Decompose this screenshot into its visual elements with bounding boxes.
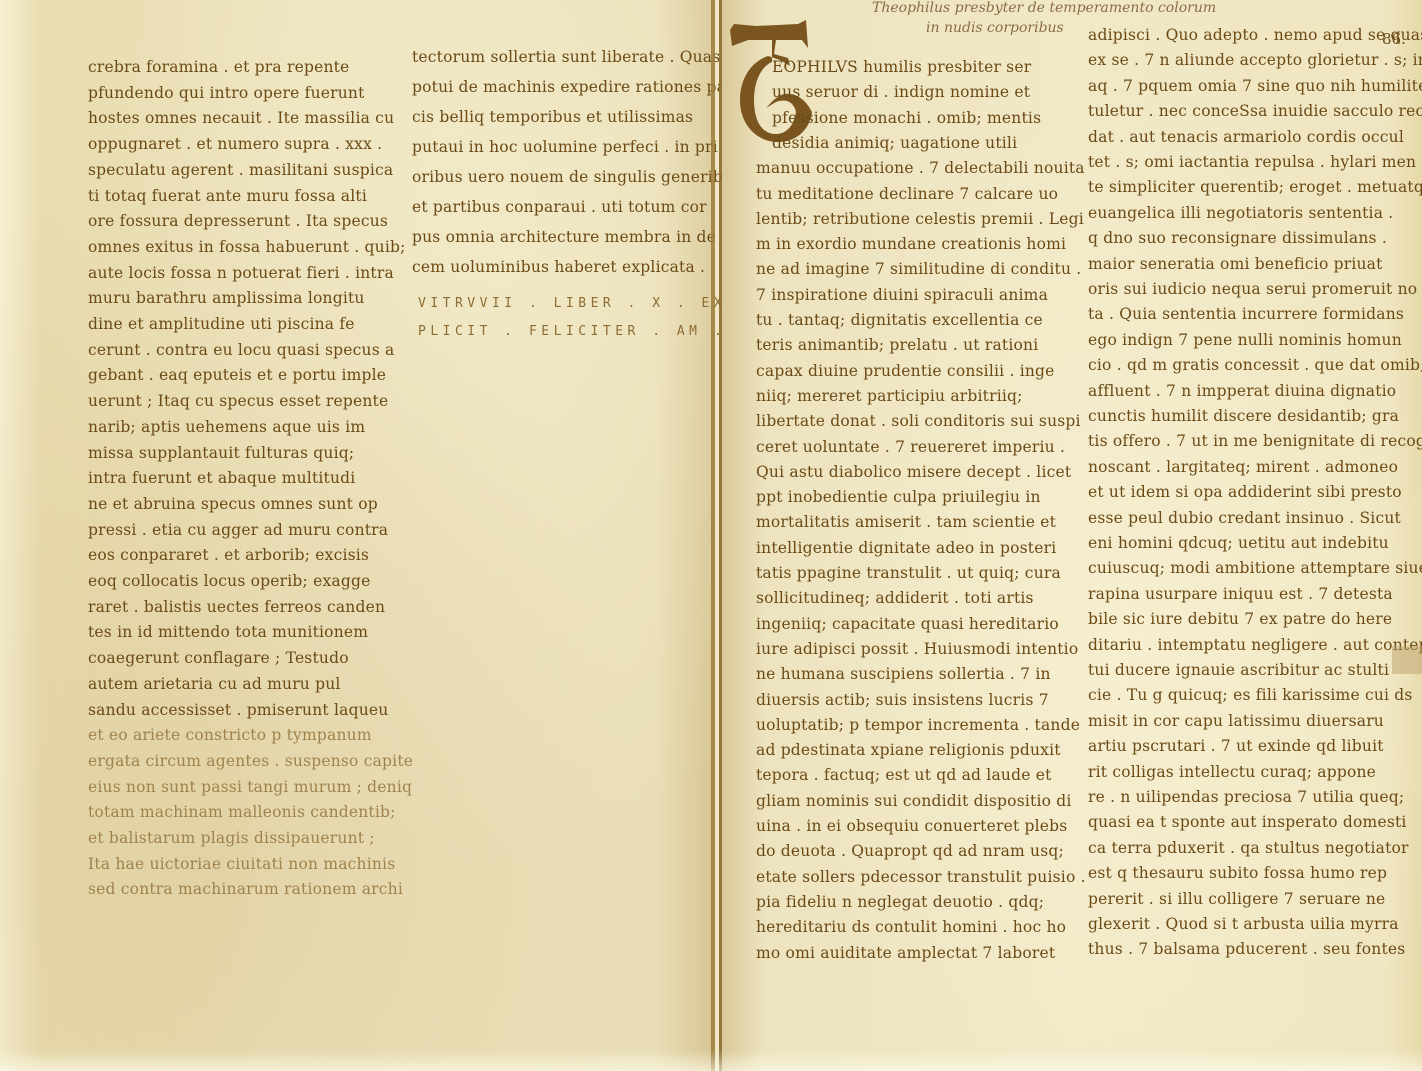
manuscript-spread: crebra foramina . et pra repentepfundend…: [0, 0, 1422, 1071]
manuscript-line: misit in cor capu latissimu diuersaru: [1088, 712, 1384, 730]
manuscript-line: thus . 7 balsama pducerent . seu fontes: [1088, 940, 1405, 958]
manuscript-line: et balistarum plagis dissipauerunt ;: [88, 829, 375, 847]
manuscript-line: cio . qd m gratis concessit . que dat om…: [1088, 356, 1422, 374]
left-page-column-2: tectorum sollertia sunt liberate . Quasp…: [412, 48, 682, 268]
manuscript-line: cerunt . contra eu locu quasi specus a: [88, 341, 394, 359]
manuscript-line: maior seneratia omi beneficio priuat: [1088, 255, 1383, 273]
right-page-column-1: EOPHILVS humilis presbiter seruus seruor…: [756, 58, 1056, 958]
manuscript-line: pressi . etia cu agger ad muru contra: [88, 521, 388, 539]
marginal-note-line-1: Theophilus presbyter de temperamento col…: [872, 0, 1216, 16]
manuscript-line: dine et amplitudine uti piscina fe: [88, 315, 355, 333]
manuscript-line: et partibus conparaui . uti totum cor: [412, 198, 707, 216]
manuscript-line: tuletur . nec conceSsa inuidie sacculo r…: [1088, 102, 1422, 120]
manuscript-line: speculatu agerent . masilitani suspica: [88, 161, 393, 179]
manuscript-line: tepora . factuq; est ut qd ad laude et: [756, 766, 1052, 784]
manuscript-line: Qui astu diabolico misere decept . licet: [756, 463, 1071, 481]
manuscript-line: cunctis humilit discere desidantib; gra: [1088, 407, 1399, 425]
manuscript-line: eius non sunt passi tangi murum ; deniq: [88, 778, 412, 796]
manuscript-line: est q thesauru subito fossa humo rep: [1088, 864, 1387, 882]
right-page-column-2: adipisci . Quo adepto . nemo apud se qua…: [1088, 26, 1388, 956]
manuscript-line: ne humana suscipiens sollertia . 7 in: [756, 665, 1051, 683]
manuscript-line: adipisci . Quo adepto . nemo apud se qua…: [1088, 26, 1422, 44]
manuscript-line: quasi ea t sponte aut insperato domesti: [1088, 813, 1407, 831]
marginal-note-line-2: in nudis corporibus: [926, 20, 1064, 36]
manuscript-line: iure adipisci possit . Huiusmodi intenti…: [756, 640, 1078, 658]
manuscript-line: pfessione monachi . omib; mentis: [772, 109, 1041, 127]
manuscript-line: eos conpararet . et arborib; excisis: [88, 546, 369, 564]
manuscript-line: esse peul dubio credant insinuo . Sicut: [1088, 509, 1401, 527]
manuscript-line: bile sic iure debitu 7 ex patre do here: [1088, 610, 1392, 628]
manuscript-line: totam machinam malleonis candentib;: [88, 803, 396, 821]
manuscript-line: cis belliq temporibus et utilissimas: [412, 108, 693, 126]
manuscript-line: aute locis fossa n potuerat fieri . intr…: [88, 264, 394, 282]
manuscript-line: Ita hae uictoriae ciuitati non machinis: [88, 855, 395, 873]
manuscript-line: re . n uilipendas preciosa 7 utilia queq…: [1088, 788, 1404, 806]
manuscript-line: uerunt ; Itaq cu specus esset repente: [88, 392, 388, 410]
manuscript-line: et ut idem si opa addiderint sibi presto: [1088, 483, 1402, 501]
manuscript-line: uina . in ei obsequiu conuerteret plebs: [756, 817, 1067, 835]
manuscript-line: tu meditatione declinare 7 calcare uo: [756, 185, 1058, 203]
manuscript-line: intelligentie dignitate adeo in posteri: [756, 539, 1056, 557]
manuscript-line: q dno suo reconsignare dissimulans .: [1088, 229, 1387, 247]
manuscript-line: uus seruor di . indign nomine et: [772, 83, 1030, 101]
manuscript-line: cuiuscuq; modi ambitione attemptare siue: [1088, 559, 1422, 577]
manuscript-line: tis offero . 7 ut in me benignitate di r…: [1088, 432, 1422, 450]
manuscript-line: putaui in hoc uolumine perfeci . in pri: [412, 138, 718, 156]
left-page-column-1: crebra foramina . et pra repentepfundend…: [88, 58, 378, 918]
colophon-line-2: PLICIT . FELICITER . AM .: [418, 324, 726, 339]
manuscript-line: crebra foramina . et pra repente: [88, 58, 349, 76]
manuscript-line: ingeniiq; capacitate quasi hereditario: [756, 615, 1059, 633]
manuscript-line: pia fideliu n neglegat deuotio . qdq;: [756, 893, 1044, 911]
left-page: crebra foramina . et pra repentepfundend…: [0, 0, 712, 1071]
manuscript-line: artiu pscrutari . 7 ut exinde qd libuit: [1088, 737, 1384, 755]
manuscript-line: rit colligas intellectu curaq; appone: [1088, 763, 1376, 781]
manuscript-line: tes in id mittendo tota munitionem: [88, 623, 368, 641]
manuscript-line: ne et abruina specus omnes sunt op: [88, 495, 378, 513]
manuscript-line: ditariu . intemptatu negligere . aut con…: [1088, 636, 1422, 654]
manuscript-line: 7 inspiratione diuini spiraculi anima: [756, 286, 1048, 304]
manuscript-line: raret . balistis uectes ferreos canden: [88, 598, 385, 616]
manuscript-line: coaegerunt conflagare ; Testudo: [88, 649, 349, 667]
manuscript-line: ego indign 7 pene nulli nominis homun: [1088, 331, 1402, 349]
colophon-line-1: VITRVVII . LIBER . X . EX: [418, 296, 726, 311]
manuscript-line: ne ad imagine 7 similitudine di conditu …: [756, 260, 1081, 278]
manuscript-line: manuu occupatione . 7 delectabili nouita: [756, 159, 1085, 177]
manuscript-line: tui ducere ignauie ascribitur ac stulti: [1088, 661, 1389, 679]
manuscript-line: cie . Tu g quicuq; es fili karissime cui…: [1088, 686, 1413, 704]
manuscript-line: ca terra pduxerit . qa stultus negotiato…: [1088, 839, 1409, 857]
manuscript-line: eni homini qdcuq; uetitu aut indebitu: [1088, 534, 1389, 552]
manuscript-line: oribus uero nouem de singulis generib;: [412, 168, 728, 186]
manuscript-line: desidia animiq; uagatione utili: [772, 134, 1017, 152]
manuscript-line: autem arietaria cu ad muru pul: [88, 675, 341, 693]
manuscript-line: tatis ppagine transtulit . ut quiq; cura: [756, 564, 1061, 582]
manuscript-line: narib; aptis uehemens aque uis im: [88, 418, 365, 436]
manuscript-line: oppugnaret . et numero supra . xxx .: [88, 135, 382, 153]
manuscript-line: diuersis actib; suis insistens lucris 7: [756, 691, 1049, 709]
manuscript-line: pererit . si illu colligere 7 seruare ne: [1088, 890, 1385, 908]
manuscript-line: mo omi auiditate amplectat 7 laboret: [756, 944, 1055, 962]
manuscript-line: mortalitatis amiserit . tam scientie et: [756, 513, 1056, 531]
manuscript-line: pfundendo qui intro opere fuerunt: [88, 84, 365, 102]
manuscript-line: ergata circum agentes . suspenso capite: [88, 752, 413, 770]
manuscript-line: ti totaq fuerat ante muru fossa alti: [88, 187, 367, 205]
manuscript-line: lentib; retributione celestis premii . L…: [756, 210, 1084, 228]
manuscript-line: muru barathru amplissima longitu: [88, 289, 365, 307]
manuscript-line: uoluptatib; p tempor incrementa . tande: [756, 716, 1080, 734]
gutter-fold-left: [711, 0, 715, 1071]
manuscript-line: eoq collocatis locus operib; exagge: [88, 572, 370, 590]
manuscript-line: ppt inobedientie culpa priuilegiu in: [756, 488, 1041, 506]
manuscript-line: niiq; mereret participiu arbitriiq;: [756, 387, 1023, 405]
manuscript-line: ore fossura depresserunt . Ita specus: [88, 212, 388, 230]
manuscript-line: rapina usurpare iniquu est . 7 detesta: [1088, 585, 1393, 603]
manuscript-line: libertate donat . soli conditoris sui su…: [756, 412, 1081, 430]
manuscript-line: te simpliciter querentib; eroget . metua…: [1088, 178, 1422, 196]
manuscript-line: tet . s; omi iactantia repulsa . hylari …: [1088, 153, 1416, 171]
manuscript-line: intra fuerunt et abaque multitudi: [88, 469, 355, 487]
manuscript-line: do deuota . Quapropt qd ad nram usq;: [756, 842, 1064, 860]
manuscript-line: hostes omnes necauit . Ite massilia cu: [88, 109, 394, 127]
manuscript-line: aq . 7 pquem omia 7 sine quo nih humilit…: [1088, 77, 1422, 95]
manuscript-line: EOPHILVS humilis presbiter ser: [772, 58, 1031, 76]
manuscript-line: sed contra machinarum rationem archi: [88, 880, 403, 898]
manuscript-line: gliam nominis sui condidit dispositio di: [756, 792, 1072, 810]
manuscript-line: sandu accessisset . pmiserunt laqueu: [88, 701, 388, 719]
manuscript-line: capax diuine prudentie consilii . inge: [756, 362, 1055, 380]
manuscript-line: noscant . largitateq; mirent . admoneo: [1088, 458, 1398, 476]
manuscript-line: ceret uoluntate . 7 reuereret imperiu .: [756, 438, 1065, 456]
manuscript-line: ex se . 7 n aliunde accepto glorietur . …: [1088, 51, 1422, 69]
manuscript-line: hereditariu ds contulit homini . hoc ho: [756, 918, 1066, 936]
manuscript-line: etate sollers pdecessor transtulit puisi…: [756, 868, 1086, 886]
manuscript-line: affluent . 7 n impperat diuina dignatio: [1088, 382, 1396, 400]
manuscript-line: m in exordio mundane creationis homi: [756, 235, 1066, 253]
page-edge-tab: [1392, 646, 1422, 674]
manuscript-line: omnes exitus in fossa habuerunt . quib;: [88, 238, 406, 256]
manuscript-line: sollicitudineq; addiderit . toti artis: [756, 589, 1034, 607]
manuscript-line: teris animantib; prelatu . ut rationi: [756, 336, 1038, 354]
manuscript-line: dat . aut tenacis armariolo cordis occul: [1088, 128, 1404, 146]
manuscript-line: ad pdestinata xpiane religionis pduxit: [756, 741, 1061, 759]
manuscript-line: et eo ariete constricto p tympanum: [88, 726, 372, 744]
manuscript-line: pus omnia architecture membra in de: [412, 228, 716, 246]
manuscript-line: ta . Quia sententia incurrere formidans: [1088, 305, 1404, 323]
manuscript-line: tectorum sollertia sunt liberate . Quas: [412, 48, 720, 66]
manuscript-line: euangelica illi negotiatoris sententia .: [1088, 204, 1393, 222]
manuscript-line: potui de machinis expedire rationes pa: [412, 78, 726, 96]
manuscript-line: missa supplantauit fulturas quiq;: [88, 444, 354, 462]
manuscript-line: cem uoluminibus haberet explicata .: [412, 258, 705, 276]
manuscript-line: glexerit . Quod si t arbusta uilia myrra: [1088, 915, 1399, 933]
manuscript-line: tu . tantaq; dignitatis excellentia ce: [756, 311, 1043, 329]
manuscript-line: oris sui iudicio nequa serui promeruit n…: [1088, 280, 1417, 298]
page-bottom-edge: [0, 1050, 1422, 1071]
manuscript-line: gebant . eaq eputeis et e portu imple: [88, 366, 386, 384]
